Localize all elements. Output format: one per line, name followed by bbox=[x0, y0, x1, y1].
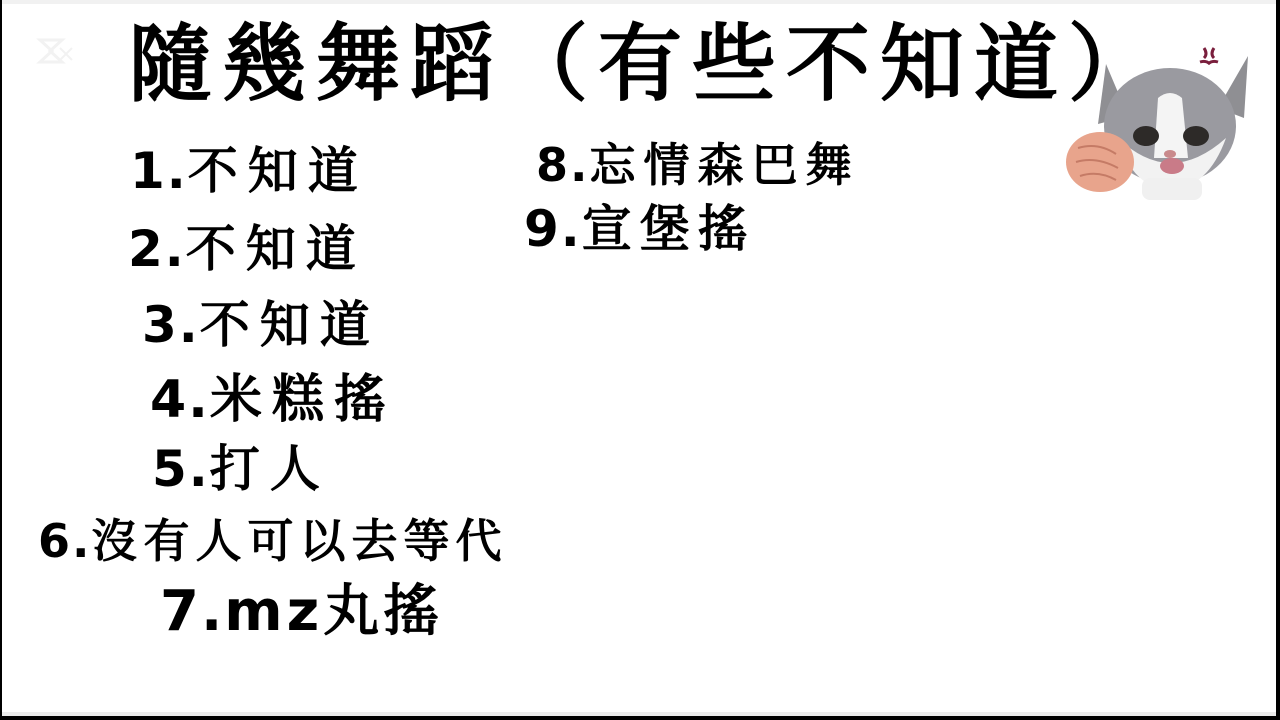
list-item-3: 3.不知道 bbox=[142, 300, 380, 350]
list-item-9: 9.宣堡搖 bbox=[524, 204, 756, 254]
list-item-7: 7.mz丸搖 bbox=[160, 584, 443, 640]
angry-cat-sticker bbox=[1058, 38, 1252, 200]
list-item-2: 2.不知道 bbox=[128, 224, 366, 274]
list-item-4: 4.米糕搖 bbox=[150, 374, 396, 426]
video-frame: 隨幾舞蹈（有些不知道） 1.不知道 2.不知道 3.不知道 4.米糕搖 5.打人… bbox=[2, 0, 1276, 716]
list-item-6: 6.沒有人可以去等代 bbox=[38, 518, 507, 564]
list-item-8: 8.忘情森巴舞 bbox=[536, 142, 859, 188]
anger-mark-icon bbox=[1200, 48, 1218, 64]
page-title: 隨幾舞蹈（有些不知道） bbox=[128, 14, 1162, 114]
list-item-1: 1.不知道 bbox=[130, 146, 368, 196]
list-item-5: 5.打人 bbox=[152, 444, 330, 494]
capcut-logo-icon bbox=[36, 36, 76, 66]
